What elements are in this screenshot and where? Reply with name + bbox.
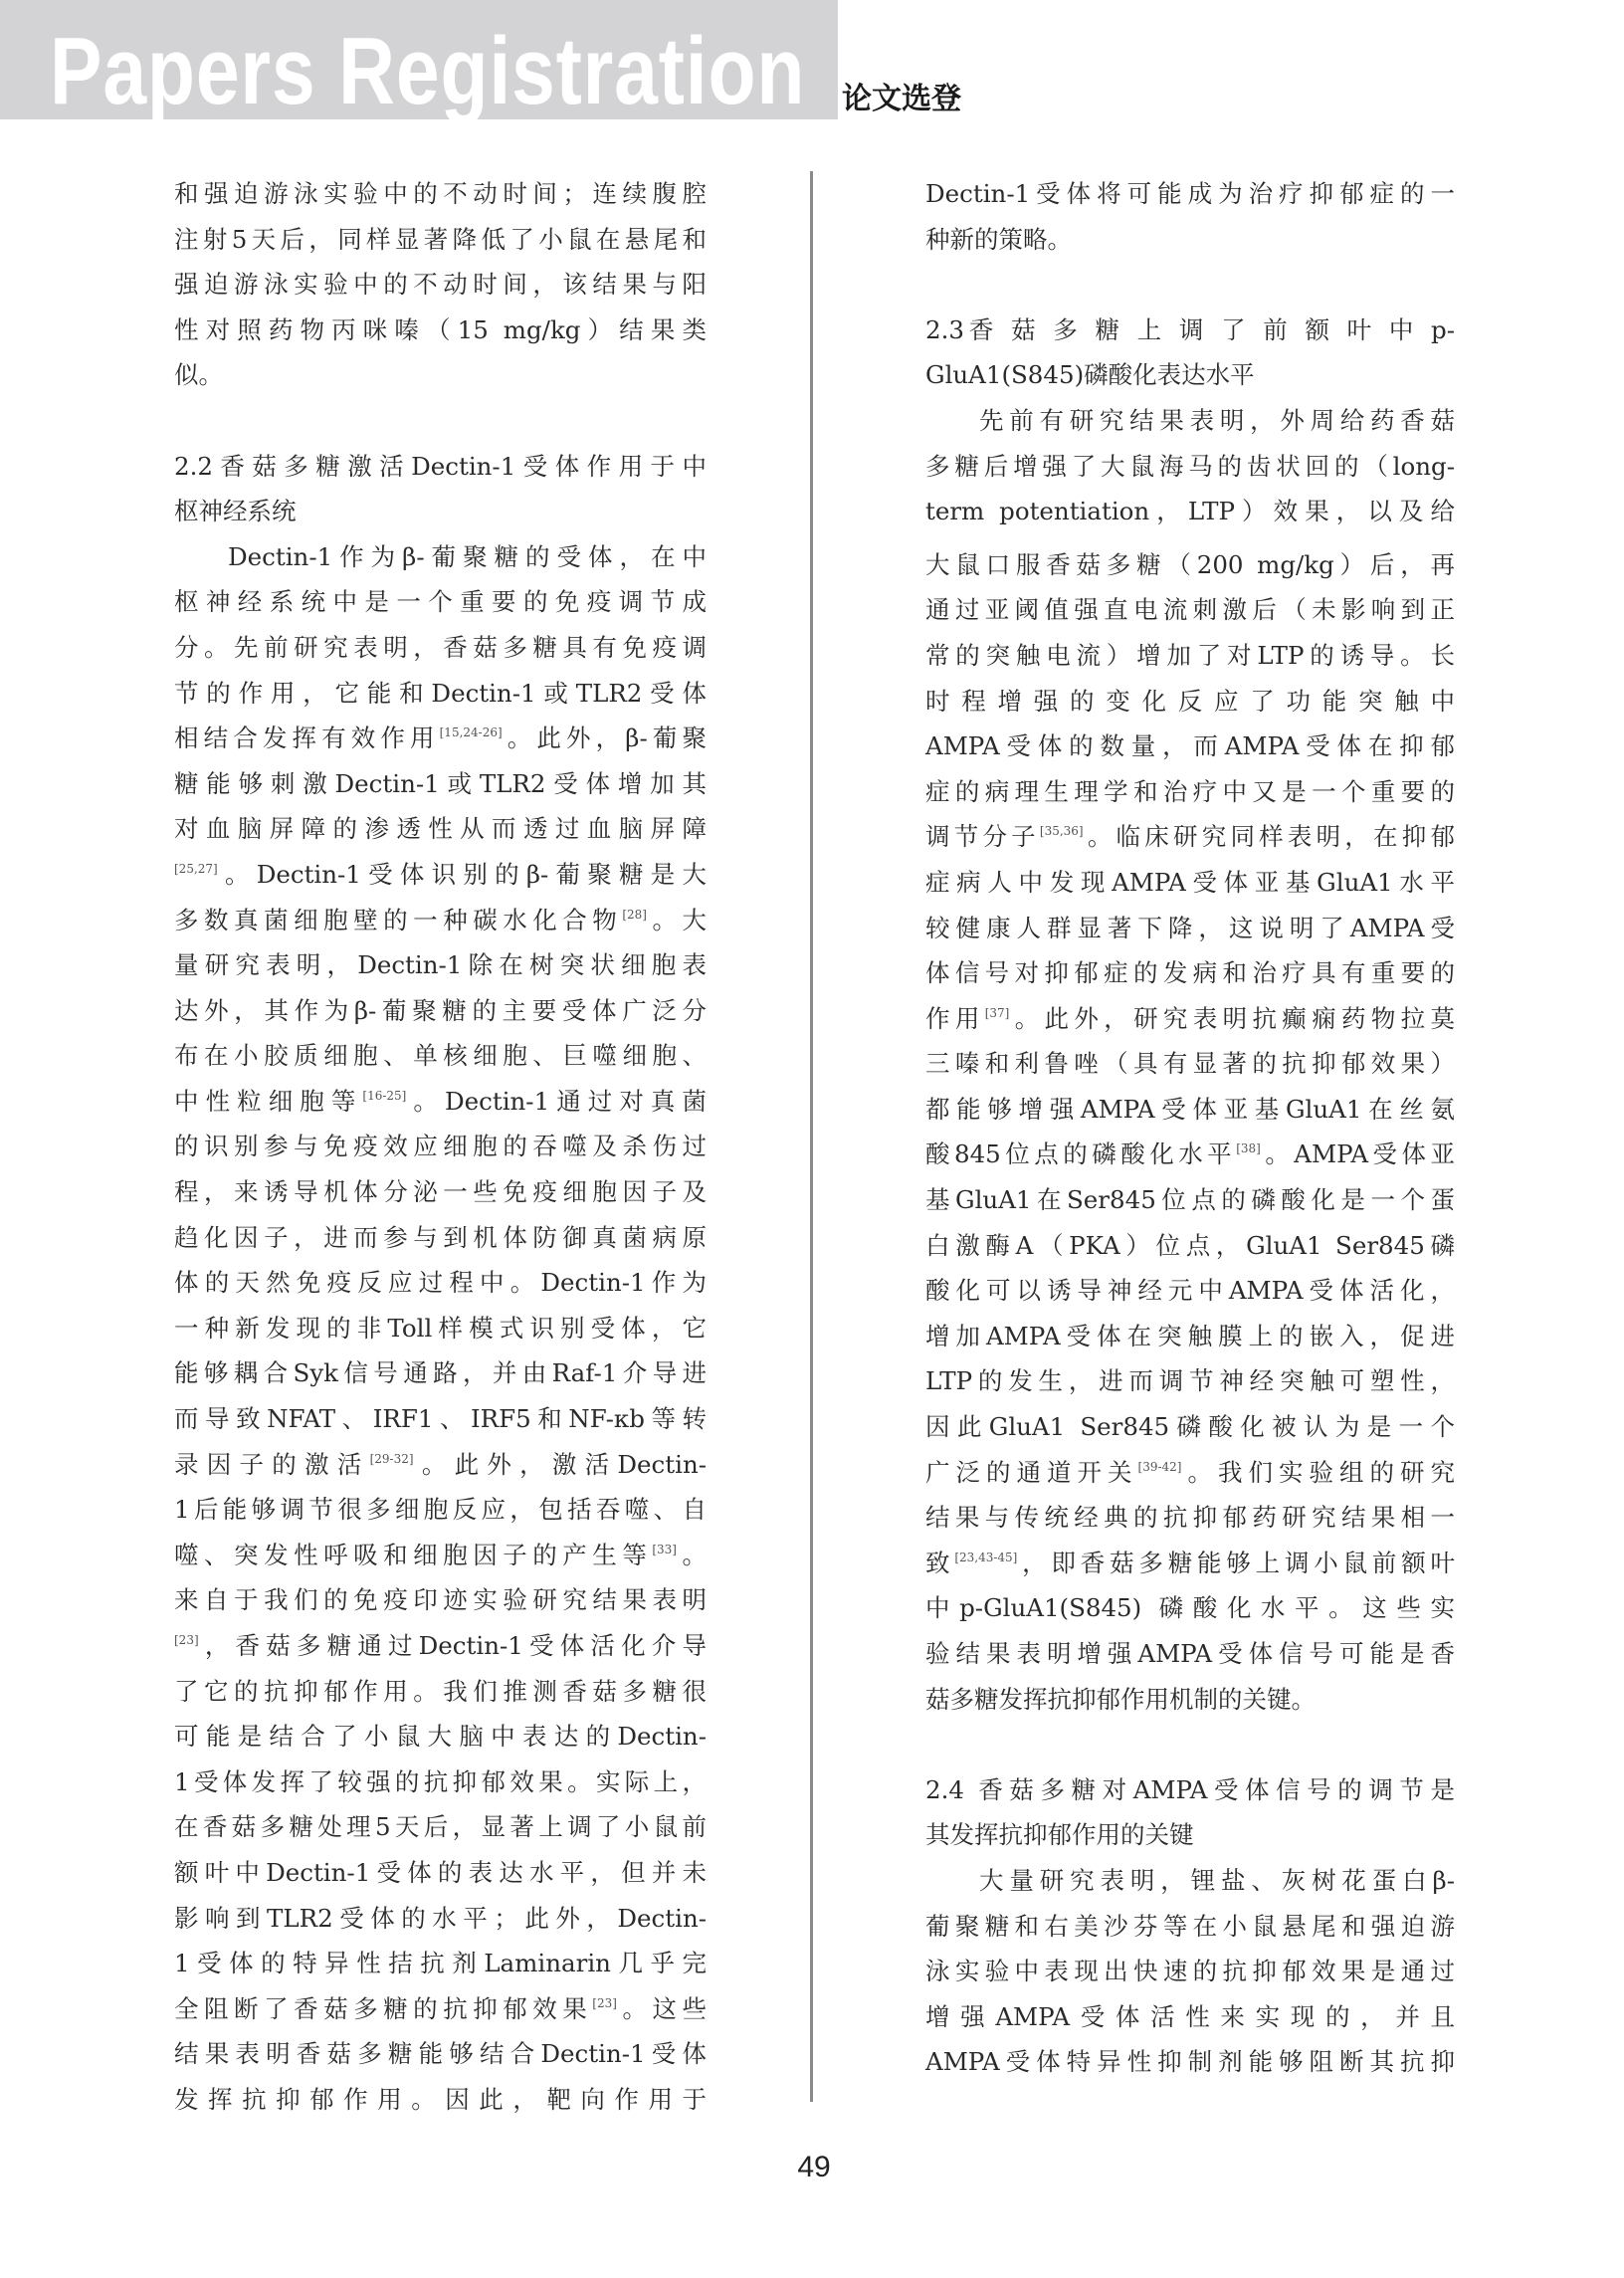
text-line: 的识别参与免疫效应细胞的吞噬及杀伤过	[174, 1124, 707, 1169]
spacer	[925, 1722, 1455, 1767]
section-body-2-3: 先前有研究结果表明，外周给药香菇 多糖后增强了大鼠海马的齿状回的（long- t…	[925, 398, 1455, 1722]
text-fragment: 。大	[647, 906, 707, 934]
text-line: 三嗪和利鲁唑（具有显著的抗抑郁效果）	[925, 1041, 1455, 1087]
text-line: 常的突触电流）增加了对LTP的诱导。长	[925, 633, 1455, 679]
citation-ref: [15,24-26]	[440, 725, 503, 739]
heading-line: GluA1(S845)磷酸化表达水平	[925, 352, 1455, 398]
text-line: 来自于我们的免疫印迹实验研究结果表明	[174, 1577, 707, 1623]
heading-line: 其发挥抗抑郁作用的关键	[925, 1812, 1455, 1858]
section-heading-2-2: 2.2香菇多糖激活Dectin-1受体作用于中 枢神经系统	[174, 444, 707, 534]
text-fragment: 录因子的激活	[174, 1450, 370, 1479]
text-line: 录因子的激活[29-32]。此外，激活Dectin-	[174, 1442, 707, 1488]
text-line: 症病人中发现AMPA受体亚基GluA1水平	[925, 860, 1455, 906]
text-line: 致[23,43-45]，即香菇多糖能够上调小鼠前额叶	[925, 1541, 1455, 1586]
text-line: 性对照药物丙咪嗪（15 mg/kg）结果类	[174, 308, 707, 353]
text-line: Dectin-1受体将可能成为治疗抑郁症的一	[925, 171, 1455, 217]
text-fragment: ，香菇多糖通过Dectin-1受体活化介导	[199, 1631, 707, 1660]
text-line: 在香菇多糖处理5天后，显著上调了小鼠前	[174, 1804, 707, 1850]
text-fragment: 。	[677, 1541, 707, 1569]
text-line: AMPA受体的数量，而AMPA受体在抑郁	[925, 724, 1455, 769]
text-line: 可能是结合了小鼠大脑中表达的Dectin-	[174, 1714, 707, 1760]
text-line: Dectin-1作为β-葡聚糖的受体，在中	[174, 534, 707, 580]
text-line: 1后能够调节很多细胞反应，包括吞噬、自	[174, 1487, 707, 1533]
citation-ref: [37]	[985, 1006, 1010, 1020]
column-divider	[810, 171, 813, 2102]
right-column: Dectin-1受体将可能成为治疗抑郁症的一 种新的策略。 2.3香 菇 多 糖…	[925, 171, 1455, 2085]
spacer	[174, 398, 707, 444]
text-line: 广泛的通道开关[39-42]。我们实验组的研究	[925, 1450, 1455, 1496]
text-line: 1受体的特异性拮抗剂Laminarin几乎完	[174, 1941, 707, 1986]
heading-line: 枢神经系统	[174, 489, 707, 534]
text-fragment: 。此外，β-葡聚	[503, 724, 707, 752]
text-line: 葡聚糖和右美沙芬等在小鼠悬尾和强迫游	[925, 1904, 1455, 1950]
text-line: 多数真菌细胞壁的一种碳水化合物[28]。大	[174, 898, 707, 943]
text-line: 节的作用，它能和Dectin-1或TLR2受体	[174, 671, 707, 717]
continued-paragraph: Dectin-1受体将可能成为治疗抑郁症的一 种新的策略。	[925, 171, 1455, 262]
citation-ref: [35,36]	[1040, 824, 1084, 838]
text-line: 酸845位点的磷酸化水平[38]。AMPA受体亚	[925, 1132, 1455, 1177]
text-line: 对血脑屏障的渗透性从而透过血脑屏障	[174, 806, 707, 852]
text-fragment: 致	[925, 1549, 954, 1577]
continued-paragraph: 和强迫游泳实验中的不动时间；连续腹腔 注射5天后，同样显著降低了小鼠在悬尾和 强…	[174, 171, 707, 398]
text-fragment: 中性粒细胞等	[174, 1087, 362, 1116]
text-line: 增强AMPA受体活性来实现的，并且	[925, 1994, 1455, 2040]
text-line: 作用[37]。此外，研究表明抗癫痫药物拉莫	[925, 996, 1455, 1042]
citation-ref: [28]	[622, 908, 647, 922]
text-line: 了它的抗抑郁作用。我们推测香菇多糖很	[174, 1669, 707, 1715]
text-line: 较健康人群显著下降，这说明了AMPA受	[925, 906, 1455, 951]
text-line: 中p-GluA1(S845) 磷酸化水平。这些实	[925, 1585, 1455, 1631]
text-line: LTP的发生，进而调节神经突触可塑性，	[925, 1358, 1455, 1404]
heading-line: 2.2香菇多糖激活Dectin-1受体作用于中	[174, 444, 707, 490]
text-line: 注射5天后，同样显著降低了小鼠在悬尾和	[174, 217, 707, 263]
text-line: 噬、突发性呼吸和细胞因子的产生等[33]。	[174, 1533, 707, 1578]
text-fragment: 。这些	[617, 1994, 707, 2023]
text-line: 枢神经系统中是一个重要的免疫调节成	[174, 579, 707, 625]
text-line: 而导致NFAT、IRF1、IRF5和NF-κb等转	[174, 1396, 707, 1442]
text-line: 症的病理生理学和治疗中又是一个重要的	[925, 769, 1455, 815]
citation-ref: [38]	[1236, 1141, 1261, 1155]
citation-ref: [33]	[652, 1543, 677, 1556]
text-line: 基GluA1在Ser845位点的磷酸化是一个蛋	[925, 1177, 1455, 1223]
text-fragment: ，即香菇多糖能够上调小鼠前额叶	[1017, 1549, 1455, 1577]
heading-line: 2.4 香菇多糖对AMPA受体信号的调节是	[925, 1767, 1455, 1813]
heading-line: 2.3香 菇 多 糖 上 调 了 前 额 叶 中 p-	[925, 308, 1455, 353]
text-line: 验结果表明增强AMPA受体信号可能是香	[925, 1631, 1455, 1677]
text-line: 量研究表明，Dectin-1除在树突状细胞表	[174, 942, 707, 988]
text-line: 先前有研究结果表明，外周给药香菇	[925, 398, 1455, 444]
text-line: 时程增强的变化反应了功能突触中	[925, 679, 1455, 725]
text-line: 一种新发现的非Toll样模式识别受体，它	[174, 1306, 707, 1351]
citation-ref: [29-32]	[370, 1452, 414, 1466]
header-banner: Papers Registration	[0, 0, 838, 119]
text-line: 体信号对抑郁症的发病和治疗具有重要的	[925, 950, 1455, 996]
text-line: 结果表明香菇多糖能够结合Dectin-1受体	[174, 2031, 707, 2077]
text-fragment: 。此外，激活Dectin-	[414, 1450, 707, 1479]
citation-ref: [23]	[592, 1996, 617, 2010]
text-line: 菇多糖发挥抗抑郁作用机制的关键。	[925, 1677, 1455, 1723]
text-line: 相结合发挥有效作用[15,24-26]。此外，β-葡聚	[174, 716, 707, 761]
text-line: 泳实验中表现出快速的抗抑郁效果是通过	[925, 1949, 1455, 1994]
text-line: term potentiation，LTP）效果，以及给	[925, 489, 1455, 534]
left-column: 和强迫游泳实验中的不动时间；连续腹腔 注射5天后，同样显著降低了小鼠在悬尾和 强…	[174, 171, 707, 2123]
text-line: 分。先前研究表明，香菇多糖具有免疫调	[174, 625, 707, 671]
text-line: 糖能够刺激Dectin-1或TLR2受体增加其	[174, 761, 707, 807]
text-fragment: 。此外，研究表明抗癫痫药物拉莫	[1009, 1004, 1455, 1033]
citation-ref: [25,27]	[174, 862, 218, 876]
citation-ref: [16-25]	[362, 1089, 406, 1103]
spacer	[925, 262, 1455, 308]
section-body-2-4: 大量研究表明，锂盐、灰树花蛋白β- 葡聚糖和右美沙芬等在小鼠悬尾和强迫游 泳实验…	[925, 1858, 1455, 2085]
text-fragment: 。临床研究同样表明，在抑郁	[1084, 822, 1455, 851]
journal-section-title: Papers Registration	[50, 22, 805, 119]
section-tag: 论文选登	[842, 82, 961, 117]
text-line: 达外，其作为β-葡聚糖的主要受体广泛分	[174, 988, 707, 1034]
text-line: 发挥抗抑郁作用。因此，靶向作用于	[174, 2077, 707, 2123]
text-fragment: 多数真菌细胞壁的一种碳水化合物	[174, 906, 622, 934]
text-line: AMPA受体特异性抑制剂能够阻断其抗抑	[925, 2039, 1455, 2085]
citation-ref: [23]	[174, 1633, 199, 1647]
text-line: 酸化可以诱导神经元中AMPA受体活化，	[925, 1268, 1455, 1314]
text-fragment: 。Dectin-1受体识别的β-葡聚糖是大	[218, 860, 707, 889]
text-fragment: 作用	[925, 1004, 985, 1033]
text-line: 因此GluA1 Ser845磷酸化被认为是一个	[925, 1404, 1455, 1450]
text-line: 程，来诱导机体分泌一些免疫细胞因子及	[174, 1169, 707, 1215]
text-line: 强迫游泳实验中的不动时间，该结果与阳	[174, 262, 707, 308]
text-line: 1受体发挥了较强的抗抑郁效果。实际上，	[174, 1760, 707, 1805]
text-line: 白激酶A（PKA）位点，GluA1 Ser845磷	[925, 1223, 1455, 1269]
text-line: 大量研究表明，锂盐、灰树花蛋白β-	[925, 1858, 1455, 1904]
text-line: 增加AMPA受体在突触膜上的嵌入，促进	[925, 1314, 1455, 1359]
text-line: 似。	[174, 352, 707, 398]
text-line: 多糖后增强了大鼠海马的齿状回的（long-	[925, 444, 1455, 490]
text-line: 通过亚阈值强直电流刺激后（未影响到正	[925, 587, 1455, 633]
citation-ref: [39-42]	[1138, 1460, 1182, 1474]
page-number: 49	[791, 2150, 837, 2185]
text-line: [23]，香菇多糖通过Dectin-1受体活化介导	[174, 1623, 707, 1669]
text-line: 中性粒细胞等[16-25]。Dectin-1通过对真菌	[174, 1079, 707, 1125]
text-line: 种新的策略。	[925, 217, 1455, 263]
text-line: 结果与传统经典的抗抑郁药研究结果相一	[925, 1495, 1455, 1541]
text-line: 能够耦合Syk信号通路，并由Raf-1介导进	[174, 1350, 707, 1396]
text-fragment: 全阻断了香菇多糖的抗抑郁效果	[174, 1994, 592, 2023]
text-fragment: 噬、突发性呼吸和细胞因子的产生等	[174, 1541, 652, 1569]
text-line: 布在小胶质细胞、单核细胞、巨噬细胞、	[174, 1033, 707, 1079]
text-fragment: 酸845位点的磷酸化水平	[925, 1139, 1236, 1168]
text-fragment: 。Dectin-1通过对真菌	[406, 1087, 707, 1116]
text-line: 大鼠口服香菇多糖（200 mg/kg）后，再	[925, 542, 1455, 588]
text-fragment: 相结合发挥有效作用	[174, 724, 440, 752]
text-fragment: 广泛的通道开关	[925, 1458, 1138, 1487]
text-line: 都能够增强AMPA受体亚基GluA1在丝氨	[925, 1087, 1455, 1133]
text-line: 趋化因子，进而参与到机体防御真菌病原	[174, 1215, 707, 1261]
text-fragment: 。我们实验组的研究	[1181, 1458, 1455, 1487]
text-line: 全阻断了香菇多糖的抗抑郁效果[23]。这些	[174, 1986, 707, 2032]
text-line: [25,27]。Dectin-1受体识别的β-葡聚糖是大	[174, 852, 707, 898]
text-line: 调节分子[35,36]。临床研究同样表明，在抑郁	[925, 814, 1455, 860]
text-fragment: 调节分子	[925, 822, 1040, 851]
text-line: 体的天然免疫反应过程中。Dectin-1作为	[174, 1260, 707, 1306]
section-body-2-2: Dectin-1作为β-葡聚糖的受体，在中 枢神经系统中是一个重要的免疫调节成 …	[174, 534, 707, 2123]
text-line: 和强迫游泳实验中的不动时间；连续腹腔	[174, 171, 707, 217]
text-fragment: 。AMPA受体亚	[1261, 1139, 1455, 1168]
section-heading-2-3: 2.3香 菇 多 糖 上 调 了 前 额 叶 中 p- GluA1(S845)磷…	[925, 308, 1455, 398]
text-line: 额叶中Dectin-1受体的表达水平，但并未	[174, 1850, 707, 1896]
section-heading-2-4: 2.4 香菇多糖对AMPA受体信号的调节是 其发挥抗抑郁作用的关键	[925, 1767, 1455, 1858]
citation-ref: [23,43-45]	[954, 1551, 1017, 1564]
text-line: 影响到TLR2受体的水平；此外，Dectin-	[174, 1896, 707, 1942]
